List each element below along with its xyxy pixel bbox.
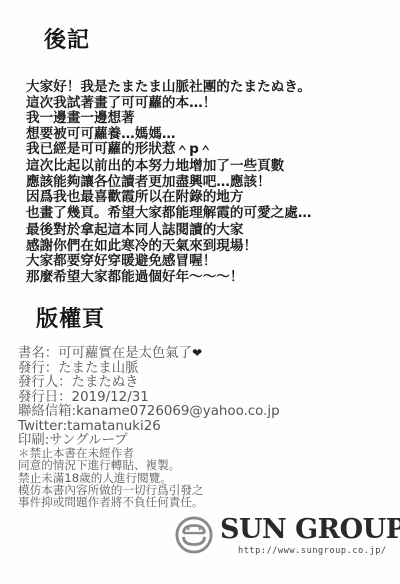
afterword-line: 我一邊畫一邊想著 — [26, 111, 311, 127]
afterword-line: 大家都要穿好穿暖避免感冒喔！ — [26, 254, 257, 270]
afterword-line: 大家好！我是たまたま山脈社團的たまたぬき。 — [26, 80, 311, 96]
colophon-list: 書名：可可蘿實在是太色氣了❤ 發行：たまたま山脈 發行人：たまたぬき 發行日：2… — [18, 346, 280, 449]
heart-icon: ❤ — [192, 346, 202, 360]
afterword-line: 想要被可可蘿養…媽媽… — [26, 127, 311, 143]
notice-line: 同意的情況下進行轉貼、複製。 — [18, 459, 204, 471]
sun-group-logo-icon — [175, 516, 213, 554]
colophon-book-title: 書名：可可蘿實在是太色氣了❤ — [18, 346, 280, 362]
afterword-line: 應該能夠讓各位讀者更加盡興吧…應該！ — [26, 175, 311, 191]
afterword-line: 最後對於拿起這本同人誌閱讀的大家 — [26, 223, 257, 239]
afterword-line: 我已經是可可蘿的形狀惹＾p＾ — [26, 142, 311, 158]
afterword-paragraph-3: 最後對於拿起這本同人誌閱讀的大家 感謝你們在如此寒冷的天氣來到現場！ 大家都要穿… — [26, 223, 257, 285]
afterword-line: 這次我試著畫了可可蘿的本…！ — [26, 96, 311, 112]
colophon-text: 書名：可可蘿實在是太色氣了 — [18, 346, 192, 361]
colophon-date: 發行日：2019/12/31 — [18, 391, 280, 406]
afterword-paragraph-2: 這次比起以前出的本努力地增加了一些頁數 應該能夠讓各位讀者更加盡興吧…應該！ 因… — [26, 159, 311, 221]
legal-notice: ＊禁止本書在未經作者 同意的情況下進行轉貼、複製。 禁止未滿18歲的人進行閱覽。… — [18, 447, 204, 508]
logo-url: http://www.sungroup.co.jp/ — [238, 546, 387, 556]
afterword-line: 因爲我也最喜歡霞所以在附錄的地方 — [26, 190, 311, 206]
afterword-line: 這次比起以前出的本努力地增加了一些頁數 — [26, 159, 311, 175]
afterword-line: 那麼希望大家都能過個好年〜〜〜！ — [26, 270, 257, 286]
afterword-paragraph-1: 大家好！我是たまたま山脈社團的たまたぬき。 這次我試著畫了可可蘿的本…！ 我一邊… — [26, 80, 311, 158]
afterword-line: 感謝你們在如此寒冷的天氣來到現場！ — [26, 239, 257, 255]
printer-logo: SUN GROUP http://www.sungroup.co.jp/ — [172, 513, 394, 559]
colophon-email: 聯絡信箱:kaname0726069@yahoo.co.jp — [18, 405, 280, 420]
logo-name: SUN GROUP — [220, 515, 400, 545]
afterword-line: 也畫了幾頁。希望大家都能理解霞的可愛之處… — [26, 206, 311, 222]
document-page: 後記 大家好！我是たまたま山脈社團的たまたぬき。 這次我試著畫了可可蘿的本…！ … — [0, 0, 400, 584]
afterword-title: 後記 — [44, 30, 90, 52]
colophon-issuer: 發行人：たまたぬき — [18, 376, 280, 391]
copyright-title: 版權頁 — [36, 309, 105, 331]
notice-line: 事件抑或問題作者將不負任何責任。 — [18, 496, 204, 508]
colophon-publisher: 發行：たまたま山脈 — [18, 362, 280, 377]
colophon-twitter: Twitter:tamatanuki26 — [18, 420, 280, 435]
